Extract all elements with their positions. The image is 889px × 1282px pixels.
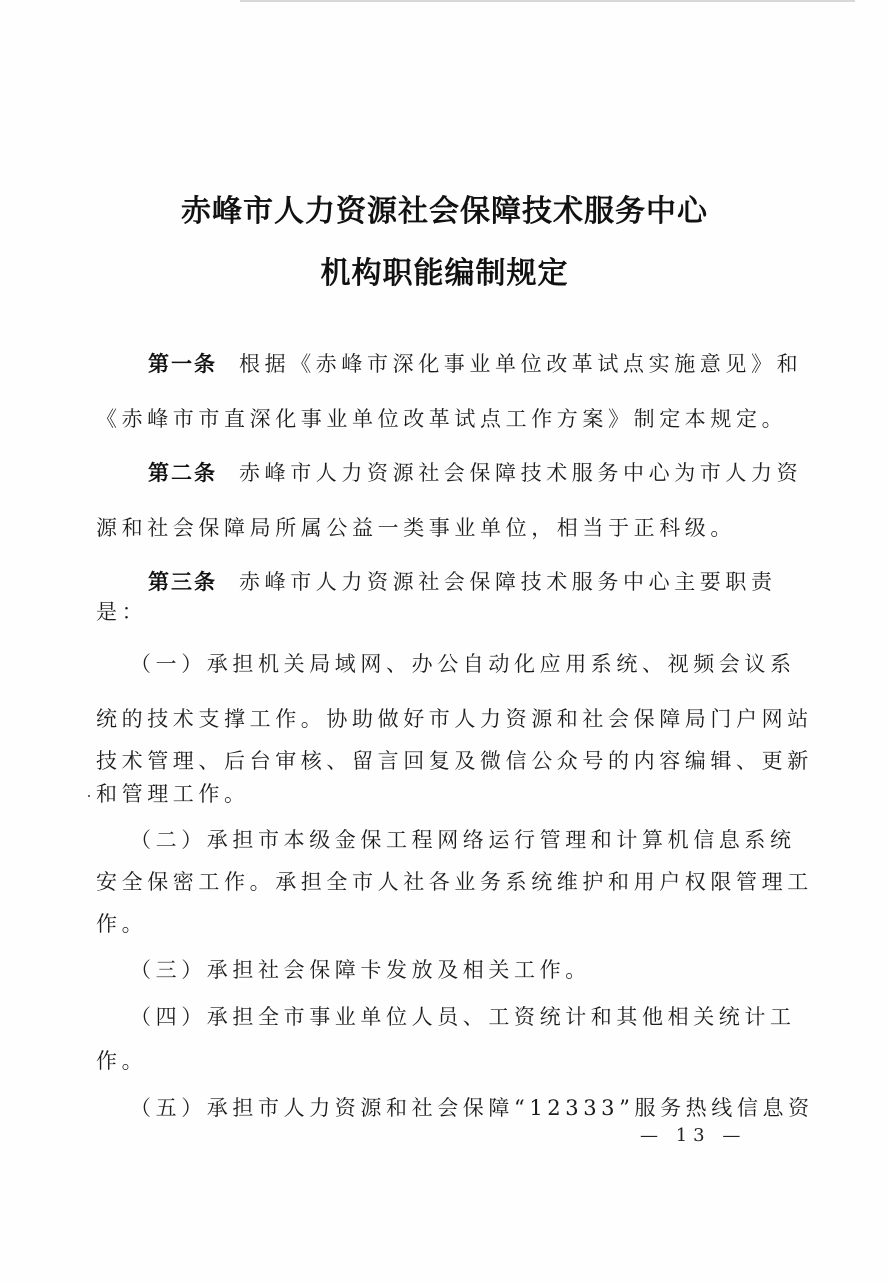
duty-5-line-1: （五）承担市人力资源和社会保障“12333”服务热线信息资 [130,1094,814,1122]
duty-1-line-1: （一）承担机关局域网、办公自动化应用系统、视频会议系 [130,650,796,678]
title-line-2: 机构职能编制规定 [0,248,889,292]
article-3-line-2: 是： [96,598,147,626]
duty-1-line-4: 和管理工作。 [96,780,250,808]
article-2-line-2: 源和社会保障局所属公益一类事业单位，相当于正科级。 [96,514,736,542]
article-1-text: 根据《赤峰市深化事业单位改革试点实施意见》和 [239,352,802,376]
duty-1-line-3: 技术管理、后台审核、留言回复及微信公众号的内容编辑、更新 [96,747,813,775]
scan-edge-line [240,0,855,2]
margin-speck [88,795,90,797]
duty-4-line-2: 作。 [96,1047,147,1075]
article-2-text: 赤峰市人力资源社会保障技术服务中心为市人力资 [239,461,802,485]
article-2-line-1: 第二条赤峰市人力资源社会保障技术服务中心为市人力资 [148,459,802,487]
duty-3-line-1: （三）承担社会保障卡发放及相关工作。 [130,956,591,984]
duty-1-line-2: 统的技术支撑工作。协助做好市人力资源和社会保障局门户网站 [96,705,813,733]
article-3-text: 赤峰市人力资源社会保障技术服务中心主要职责 [239,570,777,594]
duty-2-line-3: 作。 [96,910,147,938]
article-1-line-2: 《赤峰市市直深化事业单位改革试点工作方案》制定本规定。 [96,405,787,433]
document-page: 赤峰市人力资源社会保障技术服务中心 机构职能编制规定 第一条根据《赤峰市深化事业… [0,0,889,1282]
article-3-line-1: 第三条赤峰市人力资源社会保障技术服务中心主要职责 [148,568,777,596]
page-number: — 13 — [640,1125,746,1146]
article-1-label: 第一条 [148,352,217,376]
duty-2-line-1: （二）承担市本级金保工程网络运行管理和计算机信息系统 [130,826,796,854]
article-1-line-1: 第一条根据《赤峰市深化事业单位改革试点实施意见》和 [148,350,802,378]
article-3-label: 第三条 [148,570,217,594]
duty-2-line-2: 安全保密工作。承担全市人社各业务系统维护和用户权限管理工 [96,868,813,896]
duty-4-line-1: （四）承担全市事业单位人员、工资统计和其他相关统计工 [130,1003,796,1031]
article-2-label: 第二条 [148,461,217,485]
title-line-1: 赤峰市人力资源社会保障技术服务中心 [0,186,889,230]
